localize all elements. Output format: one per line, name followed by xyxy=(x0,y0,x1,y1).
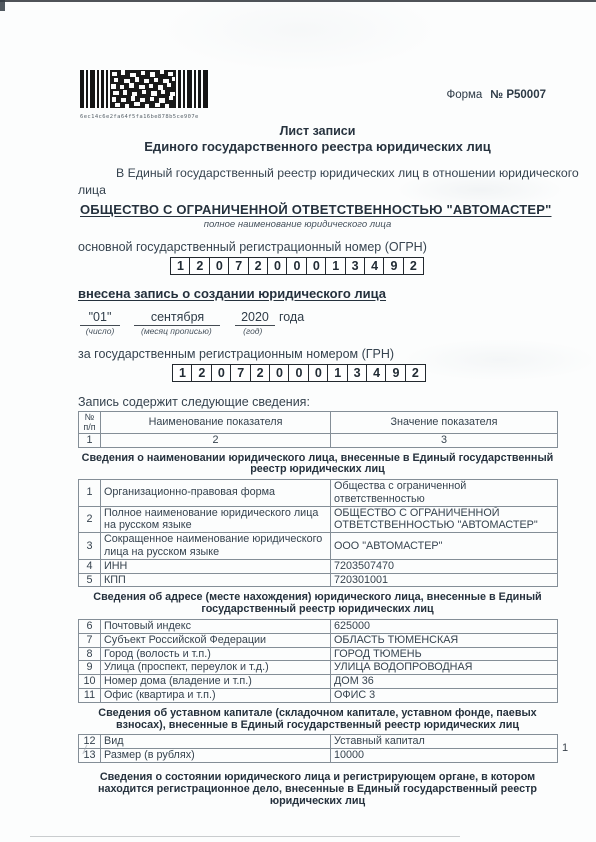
table-row: 1Организационно-правовая формаОбщества с… xyxy=(79,480,558,507)
date-year-caption: (год) xyxy=(233,326,273,336)
header-value-cell: Значение показателя xyxy=(331,412,558,434)
row-num-cell: 2 xyxy=(79,506,101,533)
digit-cell: 9 xyxy=(385,364,406,382)
row-value-cell: 720301001 xyxy=(331,573,558,587)
digit-cell: 3 xyxy=(347,364,368,382)
section-heading-address: Сведения об адресе (месте нахождения) юр… xyxy=(78,592,557,616)
digit-cell: 0 xyxy=(211,364,232,382)
document-content: Лист записи Единого государственного рее… xyxy=(78,124,557,810)
row-value-cell: УЛИЦА ВОДОПРОВОДНАЯ xyxy=(331,661,558,675)
scan-corner-artifact xyxy=(0,0,5,11)
table-row: 9Улица (проспект, переулок и т.д.)УЛИЦА … xyxy=(79,661,558,675)
digit-cell: 7 xyxy=(228,257,249,275)
table-header: №п/п Наименование показателя Значение по… xyxy=(78,411,558,448)
table-row: 3Сокращенное наименование юридического л… xyxy=(79,533,558,560)
row-name-cell: Организационно-правовая форма xyxy=(101,480,331,507)
row-name-cell: Номер дома (владение и т.п.) xyxy=(101,675,331,689)
row-value-cell: ДОМ 36 xyxy=(331,675,558,689)
digit-cell: 2 xyxy=(191,364,212,382)
digit-cell: 2 xyxy=(403,257,424,275)
row-name-cell: Вид xyxy=(101,735,331,749)
row-value-cell: 7203507470 xyxy=(331,559,558,573)
row-name-cell: ИНН xyxy=(101,559,331,573)
document-title-line2: Единого государственного реестра юридиче… xyxy=(78,139,557,155)
ogrn-label: основной государственный регистрационный… xyxy=(78,240,557,254)
date-year-suffix: года xyxy=(279,310,304,324)
table-row: 4ИНН7203507470 xyxy=(79,559,558,573)
barcode-icon xyxy=(80,70,208,108)
header-num-cell: №п/п xyxy=(79,412,101,434)
row-value-cell: ОБЩЕСТВО С ОГРАНИЧЕННОЙ ОТВЕТСТВЕННОСТЬЮ… xyxy=(331,506,558,533)
row-name-cell: Размер (в рублях) xyxy=(101,749,331,763)
row-name-cell: Субъект Российской Федерации xyxy=(101,633,331,647)
digit-cell: 4 xyxy=(366,364,387,382)
row-name-cell: Почтовый индекс xyxy=(101,620,331,634)
row-name-cell: Полное наименование юридического лица на… xyxy=(101,506,331,533)
row-name-cell: КПП xyxy=(101,573,331,587)
digit-cell: 0 xyxy=(288,364,309,382)
digit-cell: 2 xyxy=(189,257,210,275)
section-table-capital: 12ВидУставный капитал13Размер (в рублях)… xyxy=(78,734,558,763)
scan-top-edge-artifact xyxy=(0,0,596,2)
record-date: "01" сентября 2020года xyxy=(78,310,557,326)
row-value-cell: 10000 xyxy=(331,749,558,763)
digit-cell: 1 xyxy=(170,257,191,275)
row-value-cell: Общества с ограниченной ответственностью xyxy=(331,480,558,507)
digit-cell: 0 xyxy=(308,364,329,382)
record-statement: внесена запись о создании юридического л… xyxy=(78,286,557,301)
table-row: 2Полное наименование юридического лица н… xyxy=(79,506,558,533)
row-value-cell: ОФИС 3 xyxy=(331,689,558,703)
row-num-cell: 3 xyxy=(79,533,101,560)
row-num-cell: 4 xyxy=(79,559,101,573)
form-label: Форма xyxy=(446,89,482,101)
row-value-cell: ОБЛАСТЬ ТЮМЕНСКАЯ xyxy=(331,633,558,647)
digit-cell: 0 xyxy=(269,364,290,382)
digit-cell: 0 xyxy=(267,257,288,275)
colnum-1: 1 xyxy=(79,434,101,448)
row-num-cell: 6 xyxy=(79,620,101,634)
grn-label: за государственным регистрационным номер… xyxy=(78,347,557,361)
header-name-cell: Наименование показателя xyxy=(101,412,331,434)
intro-paragraph: В Единый государственный реестр юридичес… xyxy=(78,165,557,198)
table-header-row: №п/п Наименование показателя Значение по… xyxy=(79,412,558,434)
table-row: 12ВидУставный капитал xyxy=(79,735,558,749)
digit-cell: 2 xyxy=(250,364,271,382)
row-num-cell: 10 xyxy=(79,675,101,689)
row-value-cell: 625000 xyxy=(331,620,558,634)
digit-cell: 1 xyxy=(327,364,348,382)
table-row: 11Офис (квартира и т.п.)ОФИС 3 xyxy=(79,689,558,703)
row-name-cell: Сокращенное наименование юридического ли… xyxy=(101,533,331,560)
date-captions: (число) (месяц прописью) (год) xyxy=(78,326,557,336)
intro-line2: лица xyxy=(78,182,557,199)
section-heading-name: Сведения о наименовании юридического лиц… xyxy=(78,453,557,477)
row-num-cell: 8 xyxy=(79,647,101,661)
digit-cell: 2 xyxy=(248,257,269,275)
date-month-caption: (месяц прописью) xyxy=(133,326,219,336)
ogrn-digit-boxes: 1207200013492 xyxy=(170,257,557,275)
table-row: 10Номер дома (владение и т.п.)ДОМ 36 xyxy=(79,675,558,689)
section-heading-status: Сведения о состоянии юридического лица и… xyxy=(78,772,557,807)
page-number: 1 xyxy=(562,742,568,754)
scanned-document-page: 6ec14c6e2fa64f5fa16be878b5ce907e Форма№ … xyxy=(0,0,596,842)
barcode-caption: 6ec14c6e2fa64f5fa16be878b5ce907e xyxy=(80,114,210,120)
digit-cell: 0 xyxy=(286,257,307,275)
row-value-cell: ООО "АВТОМАСТЕР" xyxy=(331,533,558,560)
date-month: сентября xyxy=(134,310,220,326)
date-year: 2020 xyxy=(235,310,275,326)
digit-cell: 0 xyxy=(306,257,327,275)
scan-bottom-edge-artifact xyxy=(30,836,460,837)
table-colnum-row: 1 2 3 xyxy=(79,434,558,448)
record-contains-label: Запись содержит следующие сведения: xyxy=(78,395,557,409)
grn-digit-boxes: 1207200013492 xyxy=(172,364,557,382)
table-row: 5КПП720301001 xyxy=(79,573,558,587)
form-number-value: № Р50007 xyxy=(490,89,546,101)
row-value-cell: Уставный капитал xyxy=(331,735,558,749)
document-title-line1: Лист записи xyxy=(78,124,557,139)
row-num-cell: 9 xyxy=(79,661,101,675)
intro-line1: В Единый государственный реестр юридичес… xyxy=(78,165,557,182)
row-num-cell: 7 xyxy=(79,633,101,647)
company-name-caption: полное наименование юридического лица xyxy=(78,219,517,230)
table-row: 8Город (волость и т.п.)ГОРОД ТЮМЕНЬ xyxy=(79,647,558,661)
digit-cell: 2 xyxy=(405,364,426,382)
date-day-caption: (число) xyxy=(78,326,122,336)
form-number: Форма№ Р50007 xyxy=(446,89,546,101)
table-row: 13Размер (в рублях)10000 xyxy=(79,749,558,763)
row-num-cell: 11 xyxy=(79,689,101,703)
digit-cell: 0 xyxy=(209,257,230,275)
barcode-block: 6ec14c6e2fa64f5fa16be878b5ce907e xyxy=(80,70,210,120)
digit-cell: 3 xyxy=(345,257,366,275)
row-name-cell: Улица (проспект, переулок и т.д.) xyxy=(101,661,331,675)
section-heading-capital: Сведения об уставном капитале (складочно… xyxy=(78,708,557,732)
digit-cell: 7 xyxy=(230,364,251,382)
colnum-2: 2 xyxy=(101,434,331,448)
row-num-cell: 5 xyxy=(79,573,101,587)
row-name-cell: Город (волость и т.п.) xyxy=(101,647,331,661)
digit-cell: 1 xyxy=(172,364,193,382)
digit-cell: 9 xyxy=(383,257,404,275)
digit-cell: 1 xyxy=(325,257,346,275)
colnum-3: 3 xyxy=(331,434,558,448)
row-value-cell: ГОРОД ТЮМЕНЬ xyxy=(331,647,558,661)
company-name: ОБЩЕСТВО С ОГРАНИЧЕННОЙ ОТВЕТСТВЕННОСТЬЮ… xyxy=(80,202,557,217)
section-table-address: 6Почтовый индекс6250007Субъект Российско… xyxy=(78,619,558,703)
row-num-cell: 1 xyxy=(79,480,101,507)
digit-cell: 4 xyxy=(364,257,385,275)
table-row: 6Почтовый индекс625000 xyxy=(79,620,558,634)
table-row: 7Субъект Российской ФедерацииОБЛАСТЬ ТЮМ… xyxy=(79,633,558,647)
section-table-name: 1Организационно-правовая формаОбщества с… xyxy=(78,479,558,587)
row-name-cell: Офис (квартира и т.п.) xyxy=(101,689,331,703)
date-day: "01" xyxy=(80,310,120,326)
